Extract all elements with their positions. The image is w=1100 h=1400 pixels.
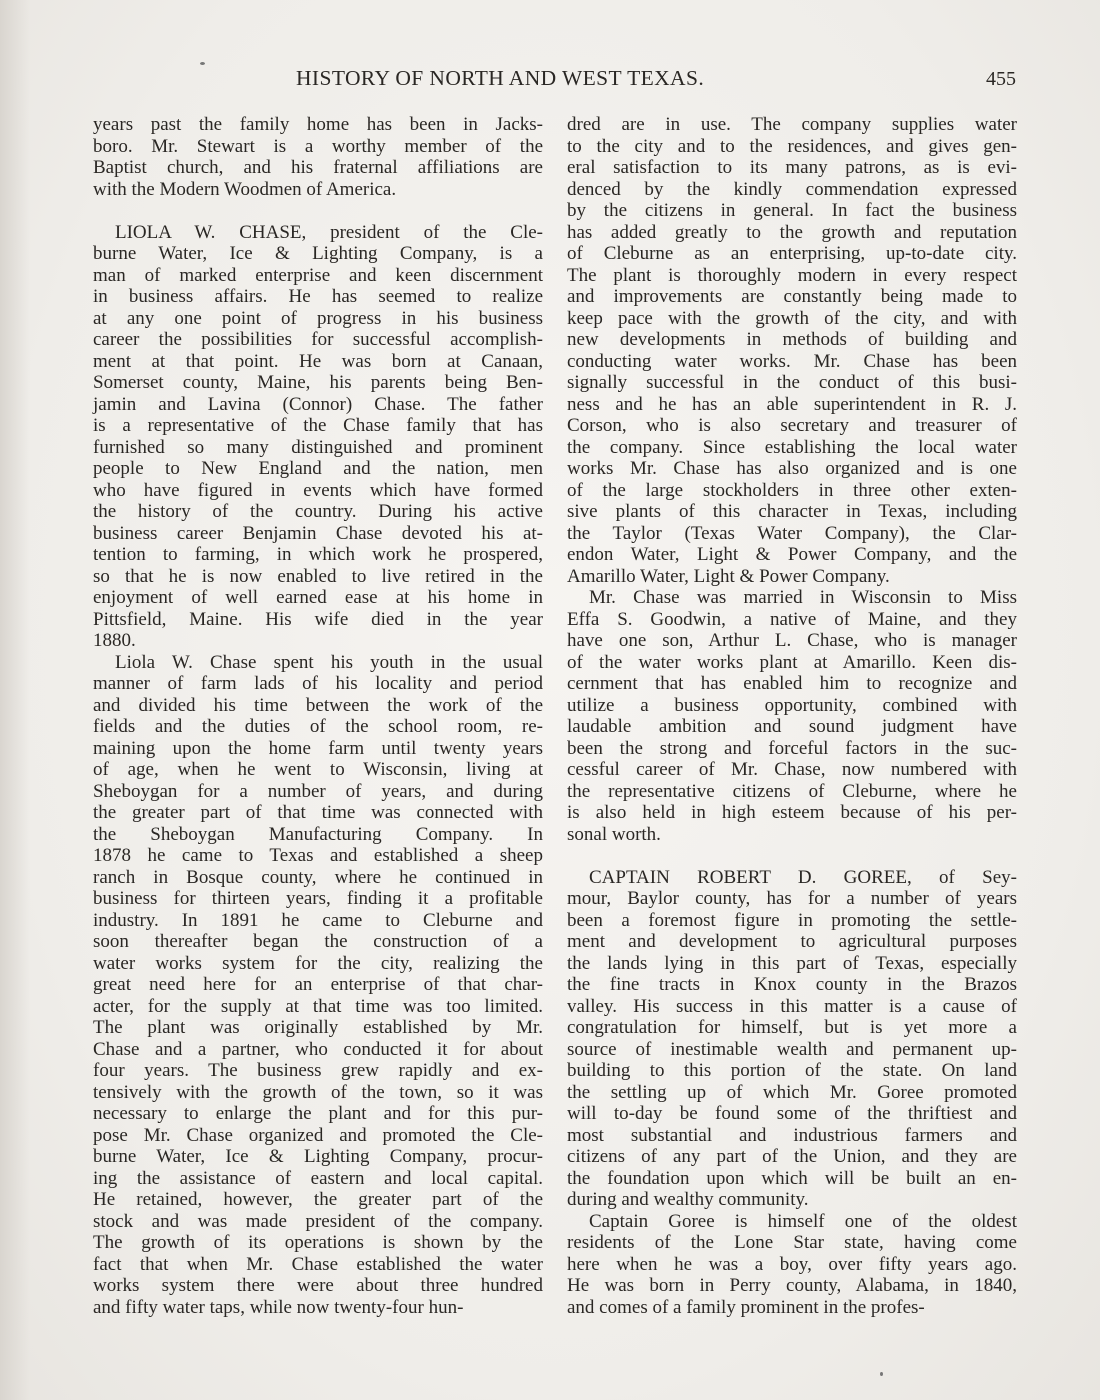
text-line: congratulation for himself, but is yet m… — [567, 1017, 1017, 1039]
text-line: eral satisfaction to its many patrons, a… — [567, 157, 1017, 179]
text-line-content: the history of the country. During his a… — [93, 501, 543, 523]
text-line-content: to the city and to the residences, and g… — [567, 136, 1017, 158]
text-line: by the citizens in general. In fact the … — [567, 200, 1017, 222]
text-line-content: by the citizens in general. In fact the … — [567, 200, 1017, 222]
text-line-content: of the large stockholders in three other… — [567, 480, 1017, 502]
text-line: acter, for the supply at that time was t… — [93, 996, 543, 1018]
text-line-content: works system there were about three hund… — [93, 1275, 543, 1297]
text-line: works system there were about three hund… — [93, 1275, 543, 1297]
text-line: He retained, however, the greater part o… — [93, 1189, 543, 1211]
text-line-content: the lands lying in this part of Texas, e… — [567, 953, 1017, 975]
paragraph-gap — [567, 845, 1017, 867]
text-line-content: and improvements are constantly being ma… — [567, 286, 1017, 308]
text-line: industry. In 1891 he came to Cleburne an… — [93, 910, 543, 932]
text-line: ranch in Bosque county, where he continu… — [93, 867, 543, 889]
paragraph: Captain Goree is himself one of the olde… — [567, 1211, 1017, 1319]
text-line-content: cessful career of Mr. Chase, now numbere… — [567, 759, 1017, 781]
text-line-content: utilize a business opportunity, combined… — [567, 695, 1017, 717]
text-line: the foundation upon which will be built … — [567, 1168, 1017, 1190]
scanned-book-page: HISTORY OF NORTH AND WEST TEXAS. 455 yea… — [0, 0, 1100, 1400]
text-line-content: Mr. Chase was married in Wisconsin to Mi… — [567, 587, 1017, 609]
text-line-content: sive plants of this character in Texas, … — [567, 501, 1017, 523]
print-speck — [880, 1372, 883, 1376]
text-line: 1878 he came to Texas and established a … — [93, 845, 543, 867]
text-line-content: He was born in Perry county, Alabama, in… — [567, 1275, 1017, 1297]
text-line: utilize a business opportunity, combined… — [567, 695, 1017, 717]
text-line: with the Modern Woodmen of America. — [93, 179, 543, 201]
text-line-content: furnished so many distinguished and prom… — [93, 437, 543, 459]
text-line: boro. Mr. Stewart is a worthy member of … — [93, 136, 543, 158]
text-line: Pittsfield, Maine. His wife died in the … — [93, 609, 543, 631]
text-line: conducting water works. Mr. Chase has be… — [567, 351, 1017, 373]
text-line: source of inestimable wealth and permane… — [567, 1039, 1017, 1061]
text-line: pose Mr. Chase organized and promoted th… — [93, 1125, 543, 1147]
text-line-content: source of inestimable wealth and permane… — [567, 1039, 1017, 1061]
text-line-content: CAPTAIN ROBERT D. GOREE, of Sey- — [567, 867, 1017, 889]
text-line: ing the assistance of eastern and local … — [93, 1168, 543, 1190]
text-line: at any one point of progress in his busi… — [93, 308, 543, 330]
text-line-content: The plant was originally established by … — [93, 1017, 543, 1039]
text-line-content: the Taylor (Texas Water Company), the Cl… — [567, 523, 1017, 545]
text-line-content: ness and he has an able superintendent i… — [567, 394, 1017, 416]
text-line: of the large stockholders in three other… — [567, 480, 1017, 502]
text-line-content: cernment that has enabled him to recogni… — [567, 673, 1017, 695]
paragraph: dred are in use. The company supplies wa… — [567, 114, 1017, 587]
text-line: jamin and Lavina (Connor) Chase. The fat… — [93, 394, 543, 416]
text-line-content: the settling up of which Mr. Goree promo… — [567, 1082, 1017, 1104]
text-line: The growth of its operations is shown by… — [93, 1232, 543, 1254]
text-line-content: He retained, however, the greater part o… — [93, 1189, 543, 1211]
text-line: ness and he has an able superintendent i… — [567, 394, 1017, 416]
text-line: fact that when Mr. Chase established the… — [93, 1254, 543, 1276]
text-line: burne Water, Ice & Lighting Company, pro… — [93, 1146, 543, 1168]
text-line: endon Water, Light & Power Company, and … — [567, 544, 1017, 566]
text-line-content: here when he was a boy, over fifty years… — [567, 1254, 1017, 1276]
text-line-content: The growth of its operations is shown by… — [93, 1232, 543, 1254]
text-line-content: valley. His success in this matter is a … — [567, 996, 1017, 1018]
text-line: Captain Goree is himself one of the olde… — [567, 1211, 1017, 1233]
text-line-content: residents of the Lone Star state, having… — [567, 1232, 1017, 1254]
text-line-content: citizens of any part of the Union, and t… — [567, 1146, 1017, 1168]
text-line-content: keep pace with the growth of the city, a… — [567, 308, 1017, 330]
paragraph: Liola W. Chase spent his youth in the us… — [93, 652, 543, 1319]
text-line: The plant was originally established by … — [93, 1017, 543, 1039]
text-line: to the city and to the residences, and g… — [567, 136, 1017, 158]
text-line: and fifty water taps, while now twenty-f… — [93, 1297, 543, 1319]
text-line: 1880. — [93, 630, 543, 652]
text-line-content: and divided his time between the work of… — [93, 695, 543, 717]
text-line-content: with the Modern Woodmen of America. — [93, 179, 543, 201]
text-line: the fine tracts in Knox county in the Br… — [567, 974, 1017, 996]
text-line: mour, Baylor county, has for a number of… — [567, 888, 1017, 910]
text-line: the lands lying in this part of Texas, e… — [567, 953, 1017, 975]
text-line: denced by the kindly commendation expres… — [567, 179, 1017, 201]
text-line-content: is a representative of the Chase family … — [93, 415, 543, 437]
paragraph: Mr. Chase was married in Wisconsin to Mi… — [567, 587, 1017, 845]
text-line-content: mour, Baylor county, has for a number of… — [567, 888, 1017, 910]
text-line-content: the greater part of that time was connec… — [93, 802, 543, 824]
text-line: have one son, Arthur L. Chase, who is ma… — [567, 630, 1017, 652]
text-line: furnished so many distinguished and prom… — [93, 437, 543, 459]
text-line: the settling up of which Mr. Goree promo… — [567, 1082, 1017, 1104]
text-line: four years. The business grew rapidly an… — [93, 1060, 543, 1082]
text-line-content: fact that when Mr. Chase established the… — [93, 1254, 543, 1276]
text-line: of the water works plant at Amarillo. Ke… — [567, 652, 1017, 674]
text-line: water works system for the city, realizi… — [93, 953, 543, 975]
text-line: building to this portion of the state. O… — [567, 1060, 1017, 1082]
text-line-content: industry. In 1891 he came to Cleburne an… — [93, 910, 543, 932]
text-line: Liola W. Chase spent his youth in the us… — [93, 652, 543, 674]
text-line: career the possibilities for successful … — [93, 329, 543, 351]
running-title: HISTORY OF NORTH AND WEST TEXAS. — [296, 66, 704, 91]
text-line: here when he was a boy, over fifty years… — [567, 1254, 1017, 1276]
text-line-content: will to-day be found some of the thrifti… — [567, 1103, 1017, 1125]
text-line-content: The plant is thoroughly modern in every … — [567, 265, 1017, 287]
text-line-content: conducting water works. Mr. Chase has be… — [567, 351, 1017, 373]
text-line-content: boro. Mr. Stewart is a worthy member of … — [93, 136, 543, 158]
text-line-content: the fine tracts in Knox county in the Br… — [567, 974, 1017, 996]
text-line-content: the representative citizens of Cleburne,… — [567, 781, 1017, 803]
text-line: is also held in high esteem because of h… — [567, 802, 1017, 824]
text-line: people to New England and the nation, me… — [93, 458, 543, 480]
text-line: of Cleburne as an enterprising, up-to-da… — [567, 243, 1017, 265]
text-line-content: tensively with the growth of the town, s… — [93, 1082, 543, 1104]
text-line: ment at that point. He was born at Canaa… — [93, 351, 543, 373]
text-line: in business affairs. He has seemed to re… — [93, 286, 543, 308]
text-line: business career Benjamin Chase devoted h… — [93, 523, 543, 545]
right-column: dred are in use. The company supplies wa… — [567, 114, 1017, 1318]
text-line: burne Water, Ice & Lighting Company, is … — [93, 243, 543, 265]
text-line: Corson, who is also secretary and treasu… — [567, 415, 1017, 437]
text-line-content: acter, for the supply at that time was t… — [93, 996, 543, 1018]
text-line: works Mr. Chase has also organized and i… — [567, 458, 1017, 480]
text-line: great need here for an enterprise of tha… — [93, 974, 543, 996]
text-line-content: been a foremost figure in promoting the … — [567, 910, 1017, 932]
text-line: dred are in use. The company supplies wa… — [567, 114, 1017, 136]
paragraph: years past the family home has been in J… — [93, 114, 543, 200]
text-line-content: ment at that point. He was born at Canaa… — [93, 351, 543, 373]
text-line-content: the Sheboygan Manufacturing Company. In — [93, 824, 543, 846]
text-line: the company. Since establishing the loca… — [567, 437, 1017, 459]
text-line-content: Baptist church, and his fraternal affili… — [93, 157, 543, 179]
running-head: HISTORY OF NORTH AND WEST TEXAS. 455 — [296, 66, 1016, 96]
text-line-content: water works system for the city, realizi… — [93, 953, 543, 975]
text-line-content: years past the family home has been in J… — [93, 114, 543, 136]
text-line-content: jamin and Lavina (Connor) Chase. The fat… — [93, 394, 543, 416]
text-line-content: of the water works plant at Amarillo. Ke… — [567, 652, 1017, 674]
text-line: Amarillo Water, Light & Power Company. — [567, 566, 1017, 588]
text-line-content: pose Mr. Chase organized and promoted th… — [93, 1125, 543, 1147]
text-line-content: sonal worth. — [567, 824, 1017, 846]
text-line-content: building to this portion of the state. O… — [567, 1060, 1017, 1082]
text-line: necessary to enlarge the plant and for t… — [93, 1103, 543, 1125]
text-line-content: business for thirteen years, finding it … — [93, 888, 543, 910]
text-line-content: is also held in high esteem because of h… — [567, 802, 1017, 824]
text-line-content: necessary to enlarge the plant and for t… — [93, 1103, 543, 1125]
text-line: He was born in Perry county, Alabama, in… — [567, 1275, 1017, 1297]
text-line: tention to farming, in which work he pro… — [93, 544, 543, 566]
text-line: and comes of a family prominent in the p… — [567, 1297, 1017, 1319]
text-line-content: great need here for an enterprise of tha… — [93, 974, 543, 996]
print-speck — [200, 62, 205, 65]
text-line: stock and was made president of the comp… — [93, 1211, 543, 1233]
text-line: ment and development to agricultural pur… — [567, 931, 1017, 953]
text-line: so that he is now enabled to live retire… — [93, 566, 543, 588]
text-line-content: at any one point of progress in his busi… — [93, 308, 543, 330]
text-line-content: Amarillo Water, Light & Power Company. — [567, 566, 1017, 588]
text-line-content: so that he is now enabled to live retire… — [93, 566, 543, 588]
text-line-content: Captain Goree is himself one of the olde… — [567, 1211, 1017, 1233]
text-line: citizens of any part of the Union, and t… — [567, 1146, 1017, 1168]
text-line: Baptist church, and his fraternal affili… — [93, 157, 543, 179]
text-line-content: new developments in methods of building … — [567, 329, 1017, 351]
text-line-content: of age, when he went to Wisconsin, livin… — [93, 759, 543, 781]
text-line-content: maining upon the home farm until twenty … — [93, 738, 543, 760]
text-line-content: burne Water, Ice & Lighting Company, is … — [93, 243, 543, 265]
text-line: laudable ambition and sound judgment hav… — [567, 716, 1017, 738]
text-line: cessful career of Mr. Chase, now numbere… — [567, 759, 1017, 781]
text-line: new developments in methods of building … — [567, 329, 1017, 351]
text-line-content: during and wealthy community. — [567, 1189, 1017, 1211]
text-line: and improvements are constantly being ma… — [567, 286, 1017, 308]
text-line-content: ranch in Bosque county, where he continu… — [93, 867, 543, 889]
text-line: sonal worth. — [567, 824, 1017, 846]
text-line-content: man of marked enterprise and keen discer… — [93, 265, 543, 287]
text-line: Somerset county, Maine, his parents bein… — [93, 372, 543, 394]
text-line-content: Effa S. Goodwin, a native of Maine, and … — [567, 609, 1017, 631]
text-line: signally successful in the conduct of th… — [567, 372, 1017, 394]
text-line-content: in business affairs. He has seemed to re… — [93, 286, 543, 308]
page-number: 455 — [986, 68, 1016, 91]
text-line-content: business career Benjamin Chase devoted h… — [93, 523, 543, 545]
text-line-content: people to New England and the nation, me… — [93, 458, 543, 480]
text-line: been the strong and forceful factors in … — [567, 738, 1017, 760]
text-line: man of marked enterprise and keen discer… — [93, 265, 543, 287]
binding-gutter-shadow — [0, 0, 30, 1400]
text-line: cernment that has enabled him to recogni… — [567, 673, 1017, 695]
text-line-content: Pittsfield, Maine. His wife died in the … — [93, 609, 543, 631]
text-line: Chase and a partner, who conducted it fo… — [93, 1039, 543, 1061]
text-line-content: have one son, Arthur L. Chase, who is ma… — [567, 630, 1017, 652]
left-column: years past the family home has been in J… — [93, 114, 543, 1318]
text-line-content: has added greatly to the growth and repu… — [567, 222, 1017, 244]
text-line-content: works Mr. Chase has also organized and i… — [567, 458, 1017, 480]
text-line-content: dred are in use. The company supplies wa… — [567, 114, 1017, 136]
text-line-content: denced by the kindly commendation expres… — [567, 179, 1017, 201]
text-line: CAPTAIN ROBERT D. GOREE, of Sey- — [567, 867, 1017, 889]
text-line-content: manner of farm lads of his locality and … — [93, 673, 543, 695]
text-line-content: Corson, who is also secretary and treasu… — [567, 415, 1017, 437]
text-line-content: fields and the duties of the school room… — [93, 716, 543, 738]
text-line: years past the family home has been in J… — [93, 114, 543, 136]
text-line: tensively with the growth of the town, s… — [93, 1082, 543, 1104]
text-line-content: ment and development to agricultural pur… — [567, 931, 1017, 953]
text-line-content: tention to farming, in which work he pro… — [93, 544, 543, 566]
text-line: has added greatly to the growth and repu… — [567, 222, 1017, 244]
text-line: The plant is thoroughly modern in every … — [567, 265, 1017, 287]
text-line: soon thereafter began the construction o… — [93, 931, 543, 953]
text-line-content: career the possibilities for successful … — [93, 329, 543, 351]
text-line-content: laudable ambition and sound judgment hav… — [567, 716, 1017, 738]
text-line-content: the company. Since establishing the loca… — [567, 437, 1017, 459]
text-line: is a representative of the Chase family … — [93, 415, 543, 437]
text-line: Effa S. Goodwin, a native of Maine, and … — [567, 609, 1017, 631]
text-line-content: congratulation for himself, but is yet m… — [567, 1017, 1017, 1039]
text-line: Mr. Chase was married in Wisconsin to Mi… — [567, 587, 1017, 609]
text-line-content: signally successful in the conduct of th… — [567, 372, 1017, 394]
text-line: the history of the country. During his a… — [93, 501, 543, 523]
text-line-content: Liola W. Chase spent his youth in the us… — [93, 652, 543, 674]
text-line: the greater part of that time was connec… — [93, 802, 543, 824]
text-line-content: burne Water, Ice & Lighting Company, pro… — [93, 1146, 543, 1168]
paragraph: CAPTAIN ROBERT D. GOREE, of Sey-mour, Ba… — [567, 867, 1017, 1211]
text-line: manner of farm lads of his locality and … — [93, 673, 543, 695]
text-line: Sheboygan for a number of years, and dur… — [93, 781, 543, 803]
text-line: the representative citizens of Cleburne,… — [567, 781, 1017, 803]
paragraph-gap — [93, 200, 543, 222]
text-line: will to-day be found some of the thrifti… — [567, 1103, 1017, 1125]
text-line-content: four years. The business grew rapidly an… — [93, 1060, 543, 1082]
text-line-content: of Cleburne as an enterprising, up-to-da… — [567, 243, 1017, 265]
text-line: business for thirteen years, finding it … — [93, 888, 543, 910]
text-line: residents of the Lone Star state, having… — [567, 1232, 1017, 1254]
text-line-content: enjoyment of well earned ease at his hom… — [93, 587, 543, 609]
text-line-content: stock and was made president of the comp… — [93, 1211, 543, 1233]
text-line: of age, when he went to Wisconsin, livin… — [93, 759, 543, 781]
text-line-content: Somerset county, Maine, his parents bein… — [93, 372, 543, 394]
text-line-content: LIOLA W. CHASE, president of the Cle- — [93, 222, 543, 244]
text-line: maining upon the home farm until twenty … — [93, 738, 543, 760]
text-line-content: the foundation upon which will be built … — [567, 1168, 1017, 1190]
text-line: valley. His success in this matter is a … — [567, 996, 1017, 1018]
text-line-content: 1878 he came to Texas and established a … — [93, 845, 543, 867]
text-line-content: 1880. — [93, 630, 543, 652]
paragraph: LIOLA W. CHASE, president of the Cle-bur… — [93, 222, 543, 652]
text-line: and divided his time between the work of… — [93, 695, 543, 717]
text-line: been a foremost figure in promoting the … — [567, 910, 1017, 932]
text-line: who have figured in events which have fo… — [93, 480, 543, 502]
text-line-content: and fifty water taps, while now twenty-f… — [93, 1297, 543, 1319]
text-line: the Taylor (Texas Water Company), the Cl… — [567, 523, 1017, 545]
text-line-content: most substantial and industrious farmers… — [567, 1125, 1017, 1147]
text-line: keep pace with the growth of the city, a… — [567, 308, 1017, 330]
text-line-content: Chase and a partner, who conducted it fo… — [93, 1039, 543, 1061]
text-line: sive plants of this character in Texas, … — [567, 501, 1017, 523]
text-line: the Sheboygan Manufacturing Company. In — [93, 824, 543, 846]
text-line-content: Sheboygan for a number of years, and dur… — [93, 781, 543, 803]
text-line: fields and the duties of the school room… — [93, 716, 543, 738]
text-line: LIOLA W. CHASE, president of the Cle- — [93, 222, 543, 244]
text-line-content: and comes of a family prominent in the p… — [567, 1297, 1017, 1319]
text-line-content: ing the assistance of eastern and local … — [93, 1168, 543, 1190]
text-line-content: who have figured in events which have fo… — [93, 480, 543, 502]
text-line-content: been the strong and forceful factors in … — [567, 738, 1017, 760]
text-line: enjoyment of well earned ease at his hom… — [93, 587, 543, 609]
text-line-content: eral satisfaction to its many patrons, a… — [567, 157, 1017, 179]
text-line-content: soon thereafter began the construction o… — [93, 931, 543, 953]
text-line-content: endon Water, Light & Power Company, and … — [567, 544, 1017, 566]
text-line: most substantial and industrious farmers… — [567, 1125, 1017, 1147]
text-line: during and wealthy community. — [567, 1189, 1017, 1211]
